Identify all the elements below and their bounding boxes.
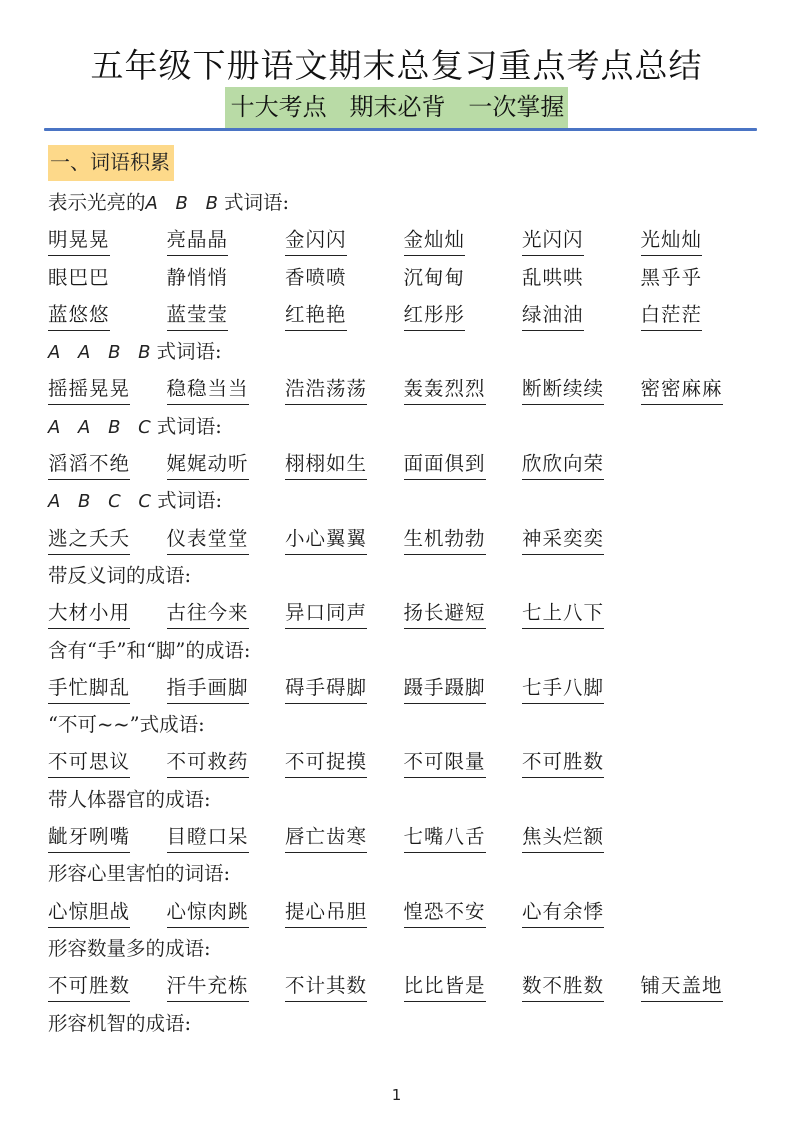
word-cell: 红艳艳 [285,296,404,333]
group-label: 形容心里害怕的词语: [48,855,768,892]
word-cell: 不可胜数 [522,743,641,780]
word-item: 绿油油 [522,302,584,331]
word-cell: 古往今来 [167,594,286,631]
word-cell: 焦头烂额 [522,818,641,855]
word-cell: 红彤彤 [404,296,523,333]
group-label: 含有“手”和“脚”的成语: [48,632,768,669]
section-heading: 一、词语积累 [48,145,174,181]
word-cell: 乱哄哄 [522,259,641,296]
word-item: 蹑手蹑脚 [404,675,486,704]
word-cell: 摇摇晃晃 [48,370,167,407]
word-item: 古往今来 [167,600,249,629]
word-cell: 断断续续 [522,370,641,407]
word-item: 汗牛充栋 [167,973,249,1002]
word-item: 指手画脚 [167,675,249,704]
word-cell: 面面俱到 [404,445,523,482]
word-item: 不可捉摸 [285,749,367,778]
pattern-letters: A A B C [48,417,157,438]
word-item: 蓝悠悠 [48,302,110,331]
word-item: 蓝莹莹 [167,302,229,331]
word-cell: 仪表堂堂 [167,520,286,557]
word-item: 黑乎乎 [641,265,703,293]
group-label: 形容数量多的成语: [48,930,768,967]
word-cell: 碍手碍脚 [285,669,404,706]
document-title: 五年级下册语文期末总复习重点考点总结 [0,44,793,88]
document-subtitle: 十大考点 期末必背 一次掌握 [225,87,569,129]
word-item: 白茫茫 [641,302,703,331]
word-cell: 不可限量 [404,743,523,780]
word-cell: 静悄悄 [167,259,286,296]
word-item: 扬长避短 [404,600,486,629]
word-cell: 轰轰烈烈 [404,370,523,407]
word-cell: 小心翼翼 [285,520,404,557]
word-row: 摇摇晃晃稳稳当当浩浩荡荡轰轰烈烈断断续续密密麻麻 [48,370,768,407]
word-row: 不可胜数汗牛充栋不计其数比比皆是数不胜数铺天盖地 [48,967,768,1004]
word-item: 摇摇晃晃 [48,376,130,405]
word-cell: 浩浩荡荡 [285,370,404,407]
word-cell: 生机勃勃 [404,520,523,557]
word-item: 明晃晃 [48,227,110,256]
word-cell: 栩栩如生 [285,445,404,482]
word-cell: 逃之夭夭 [48,520,167,557]
word-cell: 心惊胆战 [48,893,167,930]
word-item: 心惊胆战 [48,899,130,928]
word-cell: 七嘴八舌 [404,818,523,855]
word-cell: 龇牙咧嘴 [48,818,167,855]
word-cell: 不可胜数 [48,967,167,1004]
word-cell: 大材小用 [48,594,167,631]
word-item: 小心翼翼 [285,526,367,555]
word-cell: 蓝悠悠 [48,296,167,333]
word-cell: 七上八下 [522,594,641,631]
word-item: 七手八脚 [522,675,604,704]
word-item: 静悄悄 [167,265,229,293]
group-label: 形容机智的成语: [48,1005,768,1042]
word-cell: 不可救药 [167,743,286,780]
word-cell: 不计其数 [285,967,404,1004]
word-item: 不可思议 [48,749,130,778]
group-label: “不可~~”式成语: [48,706,768,743]
pattern-letters: A B B [146,193,224,214]
word-item: 浩浩荡荡 [285,376,367,405]
page-number: 1 [0,1086,793,1104]
word-cell: 心有余悸 [522,893,641,930]
group-label: 带反义词的成语: [48,557,768,594]
word-item: 眼巴巴 [48,265,110,293]
word-cell: 数不胜数 [522,967,641,1004]
word-item: 金闪闪 [285,227,347,256]
group-label: A A B B式词语: [48,333,768,370]
word-row: 不可思议不可救药不可捉摸不可限量不可胜数 [48,743,768,780]
word-item: 七上八下 [522,600,604,629]
word-cell: 铺天盖地 [641,967,760,1004]
word-item: 不计其数 [285,973,367,1002]
word-cell: 汗牛充栋 [167,967,286,1004]
word-item: 目瞪口呆 [167,824,249,853]
word-row: 明晃晃亮晶晶金闪闪金灿灿光闪闪光灿灿 [48,221,768,258]
word-cell: 目瞪口呆 [167,818,286,855]
word-item: 密密麻麻 [641,376,723,405]
word-item: 金灿灿 [404,227,466,256]
word-item: 面面俱到 [404,451,486,480]
word-cell: 手忙脚乱 [48,669,167,706]
word-cell: 稳稳当当 [167,370,286,407]
word-item: 手忙脚乱 [48,675,130,704]
word-item: 不可胜数 [522,749,604,778]
word-item: 神采奕奕 [522,526,604,555]
word-item: 唇亡齿寒 [285,824,367,853]
word-cell: 密密麻麻 [641,370,760,407]
word-cell: 七手八脚 [522,669,641,706]
word-cell: 香喷喷 [285,259,404,296]
word-cell: 光灿灿 [641,221,760,258]
title-divider [44,128,757,131]
word-item: 七嘴八舌 [404,824,486,853]
word-cell: 蹑手蹑脚 [404,669,523,706]
word-cell: 心惊肉跳 [167,893,286,930]
word-item: 心惊肉跳 [167,899,249,928]
group-label: 带人体器官的成语: [48,781,768,818]
word-cell: 惶恐不安 [404,893,523,930]
word-item: 心有余悸 [522,899,604,928]
word-cell: 金闪闪 [285,221,404,258]
pattern-letters: A B C C [48,491,157,512]
word-row: 蓝悠悠蓝莹莹红艳艳红彤彤绿油油白茫茫 [48,296,768,333]
word-cell: 沉甸甸 [404,259,523,296]
word-item: 焦头烂额 [522,824,604,853]
word-cell: 扬长避短 [404,594,523,631]
word-item: 大材小用 [48,600,130,629]
word-item: 提心吊胆 [285,899,367,928]
word-cell: 娓娓动听 [167,445,286,482]
word-item: 红彤彤 [404,302,466,331]
word-item: 香喷喷 [285,265,347,293]
word-row: 手忙脚乱指手画脚碍手碍脚蹑手蹑脚七手八脚 [48,669,768,706]
subtitle-container: 十大考点 期末必背 一次掌握 [0,87,793,129]
word-item: 乱哄哄 [522,265,584,293]
word-item: 沉甸甸 [404,265,466,293]
word-cell: 比比皆是 [404,967,523,1004]
word-row: 心惊胆战心惊肉跳提心吊胆惶恐不安心有余悸 [48,893,768,930]
word-cell: 光闪闪 [522,221,641,258]
word-item: 不可胜数 [48,973,130,1002]
word-cell: 金灿灿 [404,221,523,258]
word-item: 轰轰烈烈 [404,376,486,405]
word-row: 大材小用古往今来异口同声扬长避短七上八下 [48,594,768,631]
word-item: 光灿灿 [641,227,703,256]
word-item: 欣欣向荣 [522,451,604,480]
word-cell: 提心吊胆 [285,893,404,930]
word-cell: 异口同声 [285,594,404,631]
word-row: 逃之夭夭仪表堂堂小心翼翼生机勃勃神采奕奕 [48,520,768,557]
word-cell: 神采奕奕 [522,520,641,557]
word-item: 娓娓动听 [167,451,249,480]
word-item: 滔滔不绝 [48,451,130,480]
group-label: 表示光亮的A B B式词语: [48,184,768,221]
word-cell: 滔滔不绝 [48,445,167,482]
word-cell: 不可捉摸 [285,743,404,780]
group-label: A B C C式词语: [48,482,768,519]
word-cell: 白茫茫 [641,296,760,333]
group-label: A A B C式词语: [48,408,768,445]
word-cell: 黑乎乎 [641,259,760,296]
word-item: 不可限量 [404,749,486,778]
word-item: 龇牙咧嘴 [48,824,130,853]
word-item: 惶恐不安 [404,899,486,928]
word-list-content: 表示光亮的A B B式词语:明晃晃亮晶晶金闪闪金灿灿光闪闪光灿灿眼巴巴静悄悄香喷… [48,184,768,1042]
word-item: 异口同声 [285,600,367,629]
word-item: 生机勃勃 [404,526,486,555]
word-item: 数不胜数 [522,973,604,1002]
word-item: 栩栩如生 [285,451,367,480]
word-cell: 指手画脚 [167,669,286,706]
word-item: 仪表堂堂 [167,526,249,555]
word-item: 亮晶晶 [167,227,229,256]
word-row: 龇牙咧嘴目瞪口呆唇亡齿寒七嘴八舌焦头烂额 [48,818,768,855]
word-cell: 唇亡齿寒 [285,818,404,855]
word-cell: 欣欣向荣 [522,445,641,482]
pattern-letters: A A B B [48,342,157,363]
word-item: 红艳艳 [285,302,347,331]
word-item: 比比皆是 [404,973,486,1002]
word-cell: 明晃晃 [48,221,167,258]
word-cell: 蓝莹莹 [167,296,286,333]
word-item: 不可救药 [167,749,249,778]
word-cell: 眼巴巴 [48,259,167,296]
word-cell: 绿油油 [522,296,641,333]
word-cell: 不可思议 [48,743,167,780]
word-row: 眼巴巴静悄悄香喷喷沉甸甸乱哄哄黑乎乎 [48,259,768,296]
word-item: 稳稳当当 [167,376,249,405]
word-item: 铺天盖地 [641,973,723,1002]
word-item: 碍手碍脚 [285,675,367,704]
word-item: 光闪闪 [522,227,584,256]
word-item: 断断续续 [522,376,604,405]
word-row: 滔滔不绝娓娓动听栩栩如生面面俱到欣欣向荣 [48,445,768,482]
word-cell: 亮晶晶 [167,221,286,258]
word-item: 逃之夭夭 [48,526,130,555]
